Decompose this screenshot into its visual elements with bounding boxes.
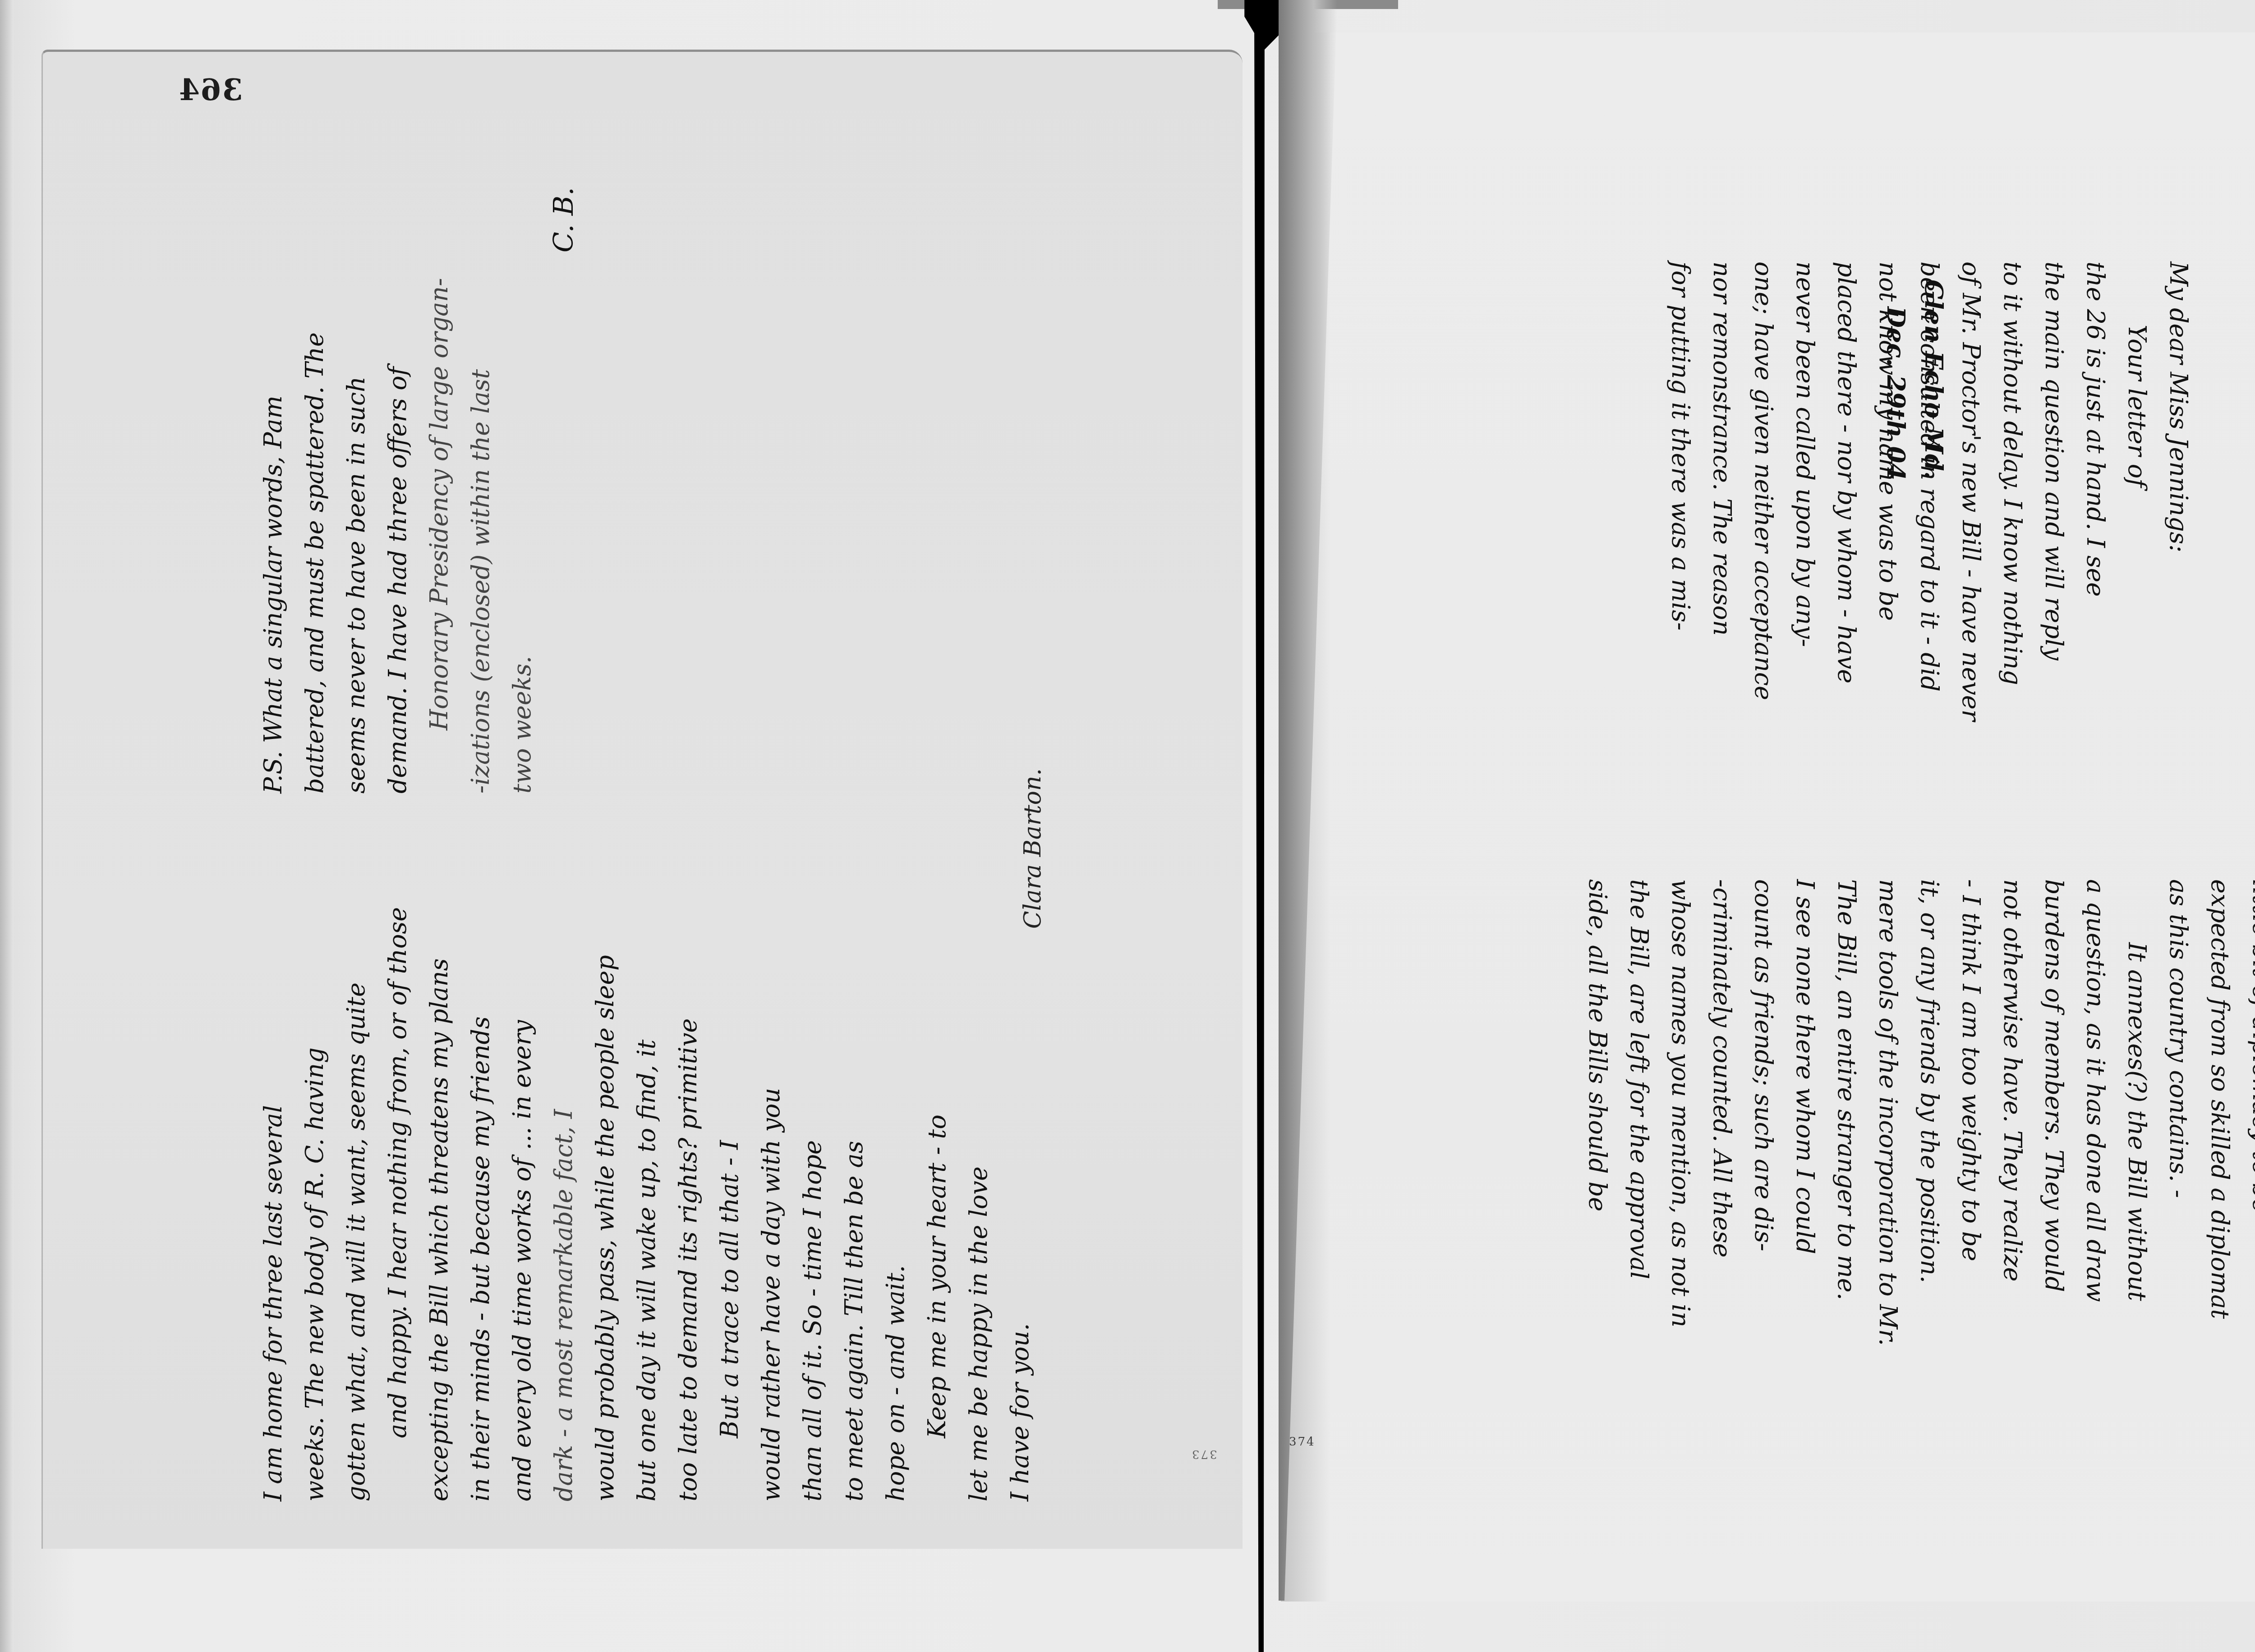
body-line: Your letter of (2116, 262, 2158, 721)
body-line: would rather have a day with you (750, 907, 792, 1501)
body-line: too late to demand its rights? primitive (667, 907, 709, 1501)
body-line: Keep me in your heart - to (916, 907, 958, 1501)
body-line: as this country contains. - (2158, 879, 2199, 1346)
body-line: mere tools of the incorporation to Mr. (1867, 879, 1909, 1346)
body-line: than all of it. So - time I hope (792, 907, 833, 1501)
book-edge-left (0, 0, 14, 1652)
body-line: the main question and will reply (2033, 262, 2075, 721)
postscript-line: two weeks. (502, 278, 543, 794)
body-line: a question, as it has done all draw (2075, 879, 2116, 1346)
letter-body-left: I am home for three last several weeks. … (253, 907, 1041, 1501)
body-line: the Bill, are left for the approval (1618, 879, 1660, 1346)
folio-stamp-right: 374 (1289, 1435, 1316, 1449)
body-line: nor remonstrance. The reason (1701, 262, 1743, 721)
postscript-block: P.S. What a singular words, Pam battered… (253, 278, 543, 794)
body-line: -criminately counted. All these (1701, 879, 1743, 1346)
body-line: in their minds - but because my friends (460, 907, 502, 1501)
body-line: it, or any friends by the position. (1909, 879, 1950, 1346)
body-line: one; have given neither acceptance (1743, 262, 1784, 721)
body-line: to it without delay. I know nothing (1992, 262, 2033, 721)
body-line: I am home for three last several (253, 907, 294, 1501)
body-line: let me be happy in the love (958, 907, 999, 1501)
postscript-line: -izations (enclosed) within the last (460, 278, 502, 794)
body-line: hope on - and wait. (875, 907, 916, 1501)
body-line: never been called upon by any- (1784, 262, 1826, 721)
body-line: The Bill, an entire stranger to me. (1826, 879, 1867, 1346)
salutation: My dear Miss Jennings: (2158, 262, 2199, 721)
body-line: gotten what, and will it want, seems qui… (336, 907, 377, 1501)
body-line: count as friends; such are dis- (1743, 879, 1784, 1346)
body-line: to meet again. Till then be as (833, 907, 875, 1501)
body-line: and happy. I hear nothing from, or of th… (377, 907, 419, 1501)
body-line: not otherwise have. They realize (1992, 879, 2033, 1346)
body-line: the 26 is just at hand. I see (2075, 262, 2116, 721)
body-line: side, all the Bills should be (1577, 879, 1618, 1346)
body-line: not know my name was to be (1867, 262, 1909, 721)
body-line: - I think I am too weighty to be (1950, 879, 1992, 1346)
body-line: of Mr. Proctor's new Bill - have never (1950, 262, 1992, 721)
body-line: But a trace to all that - I (709, 907, 750, 1501)
body-line: I see none there whom I could (1784, 879, 1826, 1346)
body-line: excepting the Bill which threatens my pl… (419, 907, 460, 1501)
postscript-line: Honorary Presidency of large organ- (419, 278, 460, 794)
folio-stamp-left: 373 (1191, 1447, 1217, 1461)
body-line: whose names you mention, as not in (1660, 879, 1701, 1346)
signature: Clara Barton. (1019, 768, 1046, 929)
body-line: weeks. The new body of R. C. having (294, 907, 336, 1501)
page-number-left: 364 (178, 72, 243, 107)
body-line: dark - a most remarkable fact, I (543, 907, 584, 1501)
body-line: and every old time works of ... in every (502, 907, 543, 1501)
body-line: I have for you. (999, 907, 1041, 1501)
postscript-line: seems never to have been in such (336, 278, 377, 794)
letter-body-right-bottom: little bit of diplomacy to be expected f… (1577, 879, 2255, 1346)
postscript-line: P.S. What a singular words, Pam (253, 278, 294, 794)
body-line: for putting it there was a mis- (1660, 262, 1701, 721)
body-line: expected from so skilled a diplomat (2199, 879, 2241, 1346)
body-line: little bit of diplomacy to be (2241, 879, 2255, 1346)
body-line: burdens of members. They would (2033, 879, 2075, 1346)
postscript-line: battered, and must be spattered. The (294, 278, 336, 794)
body-line: been consulted in regard to it - did (1909, 262, 1950, 721)
body-line: placed there - nor by whom - have (1826, 262, 1867, 721)
body-line: would probably pass, while the people sl… (584, 907, 626, 1501)
initials: C. B. (548, 187, 580, 252)
postscript-line: demand. I have had three offers of (377, 278, 419, 794)
body-line: It annexes(?) the Bill without (2116, 879, 2158, 1346)
body-line: but one day it will wake up, to find, it (626, 907, 667, 1501)
letter-body-right-top: . . My dear Miss Jennings: Your letter o… (1660, 262, 2255, 721)
